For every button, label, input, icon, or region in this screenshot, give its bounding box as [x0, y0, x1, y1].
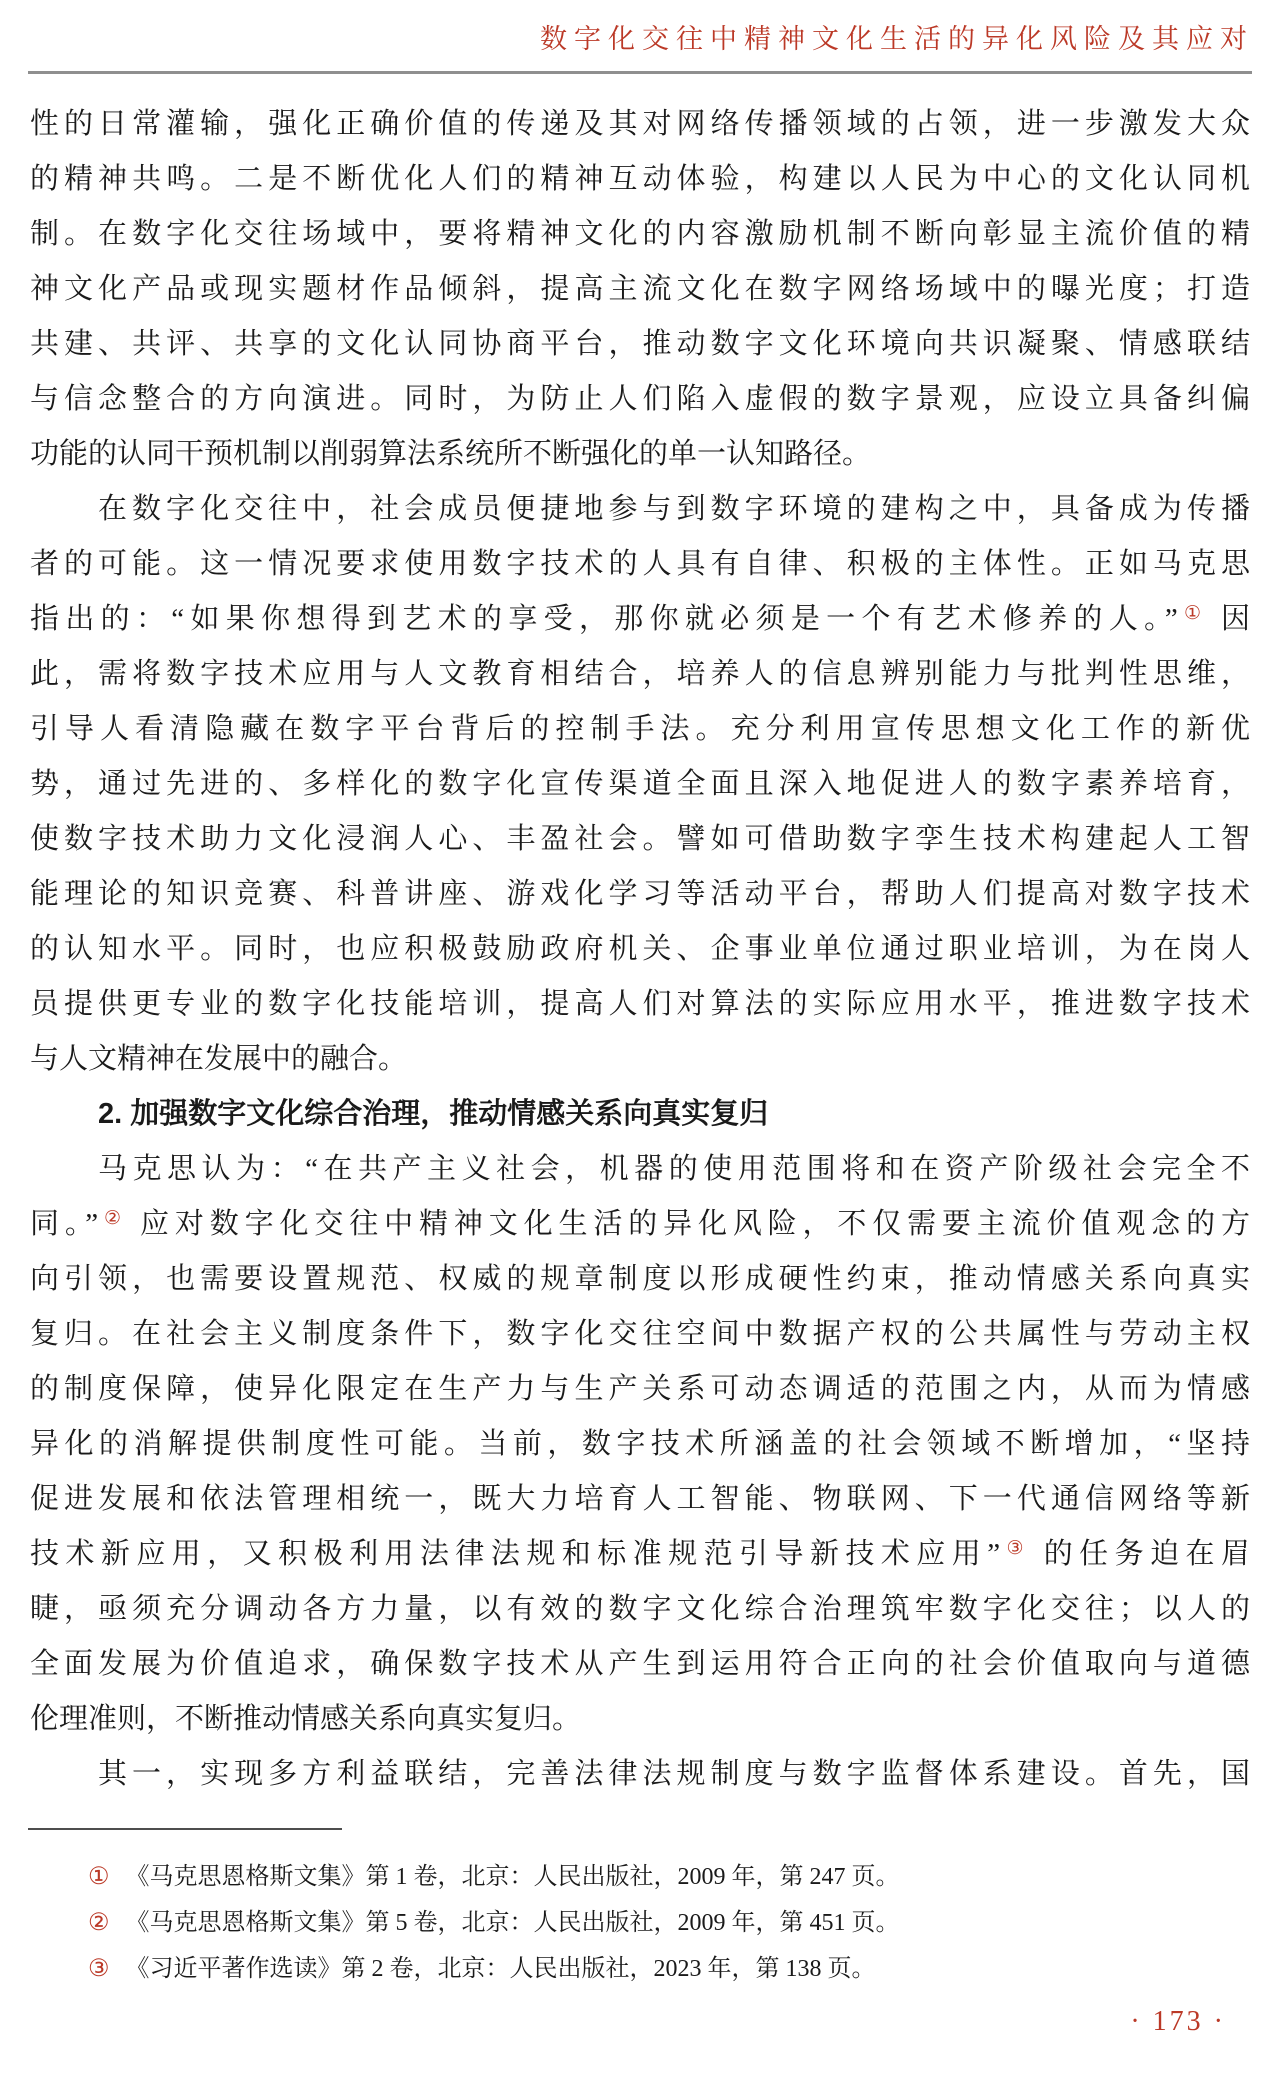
footnote: ③《习近平著作选读》第 2 卷，北京：人民出版社，2023 年，第 138 页。 [88, 1946, 1252, 1992]
text-line: 同。”② 应对数字化交往中精神文化生活的异化风险，不仅需要主流价值观念的方 [30, 1197, 1250, 1252]
footnote: ②《马克思恩格斯文集》第 5 卷，北京：人民出版社，2009 年，第 451 页… [88, 1900, 1252, 1946]
text-line: 与信念整合的方向演进。同时，为防止人们陷入虚假的数字景观，应设立具备纠偏 [30, 372, 1250, 427]
text-line: 的认知水平。同时，也应积极鼓励政府机关、企事业单位通过职业培训，为在岗人 [30, 922, 1250, 977]
text-line: 此，需将数字技术应用与人文教育相结合，培养人的信息辨别能力与批判性思维， [30, 647, 1250, 702]
text-line: 者的可能。这一情况要求使用数字技术的人具有自律、积极的主体性。正如马克思 [30, 537, 1250, 592]
text-line: 的制度保障，使异化限定在生产力与生产关系可动态调适的范围之内，从而为情感 [30, 1362, 1250, 1417]
footnote-marker: ② [88, 1910, 110, 1936]
footnote-text: 《习近平著作选读》第 2 卷，北京：人民出版社，2023 年，第 138 页。 [126, 1956, 876, 1982]
text-line: 睫，亟须充分调动各方力量，以有效的数字文化综合治理筑牢数字化交往；以人的 [30, 1582, 1250, 1637]
text-line: 技术新应用，又积极利用法律法规和标准规范引导新技术应用”③ 的任务迫在眉 [30, 1527, 1250, 1582]
page: 数字化交往中精神文化生活的异化风险及其应对 性的日常灌输，强化正确价值的传递及其… [0, 0, 1280, 2074]
text-line: 与人文精神在发展中的融合。 [30, 1032, 1250, 1087]
running-head: 数字化交往中精神文化生活的异化风险及其应对 [540, 17, 1254, 56]
page-number: · 173 · [1130, 2006, 1226, 2038]
text-line: 性的日常灌输，强化正确价值的传递及其对网络传播领域的占领，进一步激发大众 [30, 97, 1250, 152]
footnote: ①《马克思恩格斯文集》第 1 卷，北京：人民出版社，2009 年，第 247 页… [88, 1854, 1252, 1900]
text-line: 复归。在社会主义制度条件下，数字化交往空间中数据产权的公共属性与劳动主权 [30, 1307, 1250, 1362]
footnote-text: 《马克思恩格斯文集》第 1 卷，北京：人民出版社，2009 年，第 247 页。 [126, 1864, 900, 1890]
text-line: 共建、共评、共享的文化认同协商平台，推动数字文化环境向共识凝聚、情感联结 [30, 317, 1250, 372]
body-text: 性的日常灌输，强化正确价值的传递及其对网络传播领域的占领，进一步激发大众的精神共… [30, 97, 1250, 1802]
footnote-ref: ① [1178, 603, 1208, 624]
footnote-ref: ③ [1000, 1538, 1030, 1559]
text-line: 其一，实现多方利益联结，完善法律法规制度与数字监督体系建设。首先，国 [30, 1747, 1250, 1802]
text-line: 制。在数字化交往场域中，要将精神文化的内容激励机制不断向彰显主流价值的精 [30, 207, 1250, 262]
footnote-separator [28, 1828, 342, 1830]
text-line: 能理论的知识竞赛、科普讲座、游戏化学习等活动平台，帮助人们提高对数字技术 [30, 867, 1250, 922]
footnote-marker: ① [88, 1864, 110, 1890]
text-line: 异化的消解提供制度性可能。当前，数字技术所涵盖的社会领域不断增加，“坚持 [30, 1417, 1250, 1472]
text-line: 引导人看清隐藏在数字平台背后的控制手法。充分利用宣传思想文化工作的新优 [30, 702, 1250, 757]
footnote-text: 《马克思恩格斯文集》第 5 卷，北京：人民出版社，2009 年，第 451 页。 [126, 1910, 900, 1936]
text-line: 员提供更专业的数字化技能培训，提高人们对算法的实际应用水平，推进数字技术 [30, 977, 1250, 1032]
header-rule [28, 71, 1252, 74]
text-line: 势，通过先进的、多样化的数字化宣传渠道全面且深入地促进人的数字素养培育， [30, 757, 1250, 812]
text-line: 向引领，也需要设置规范、权威的规章制度以形成硬性约束，推动情感关系向真实 [30, 1252, 1250, 1307]
text-line: 指出的：“如果你想得到艺术的享受，那你就必须是一个有艺术修养的人。”① 因 [30, 592, 1250, 647]
section-heading: 2. 加强数字文化综合治理，推动情感关系向真实复归 [30, 1087, 1250, 1142]
footnote-ref: ② [98, 1208, 127, 1229]
text-line: 马克思认为：“在共产主义社会，机器的使用范围将和在资产阶级社会完全不 [30, 1142, 1250, 1197]
text-line: 在数字化交往中，社会成员便捷地参与到数字环境的建构之中，具备成为传播 [30, 482, 1250, 537]
text-line: 功能的认同干预机制以削弱算法系统所不断强化的单一认知路径。 [30, 427, 1250, 482]
text-line: 全面发展为价值追求，确保数字技术从产生到运用符合正向的社会价值取向与道德 [30, 1637, 1250, 1692]
text-line: 促进发展和依法管理相统一，既大力培育人工智能、物联网、下一代通信网络等新 [30, 1472, 1250, 1527]
footnote-marker: ③ [88, 1956, 110, 1982]
text-line: 使数字技术助力文化浸润人心、丰盈社会。譬如可借助数字孪生技术构建起人工智 [30, 812, 1250, 867]
text-line: 的精神共鸣。二是不断优化人们的精神互动体验，构建以人民为中心的文化认同机 [30, 152, 1250, 207]
text-line: 神文化产品或现实题材作品倾斜，提高主流文化在数字网络场域中的曝光度；打造 [30, 262, 1250, 317]
text-line: 伦理准则，不断推动情感关系向真实复归。 [30, 1692, 1250, 1747]
footnotes: ①《马克思恩格斯文集》第 1 卷，北京：人民出版社，2009 年，第 247 页… [88, 1854, 1252, 1992]
